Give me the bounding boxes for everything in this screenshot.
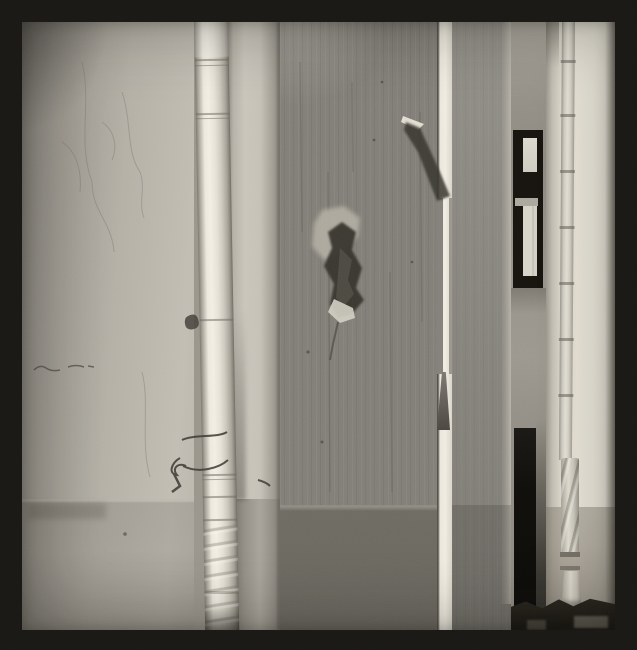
photo-frame: Courtyard wall study: bright wrapped dow… [0, 0, 637, 650]
photo-caption: Courtyard wall study: bright wrapped dow… [0, 0, 1, 1]
photograph [22, 22, 615, 630]
vignette-overlay [22, 22, 615, 630]
